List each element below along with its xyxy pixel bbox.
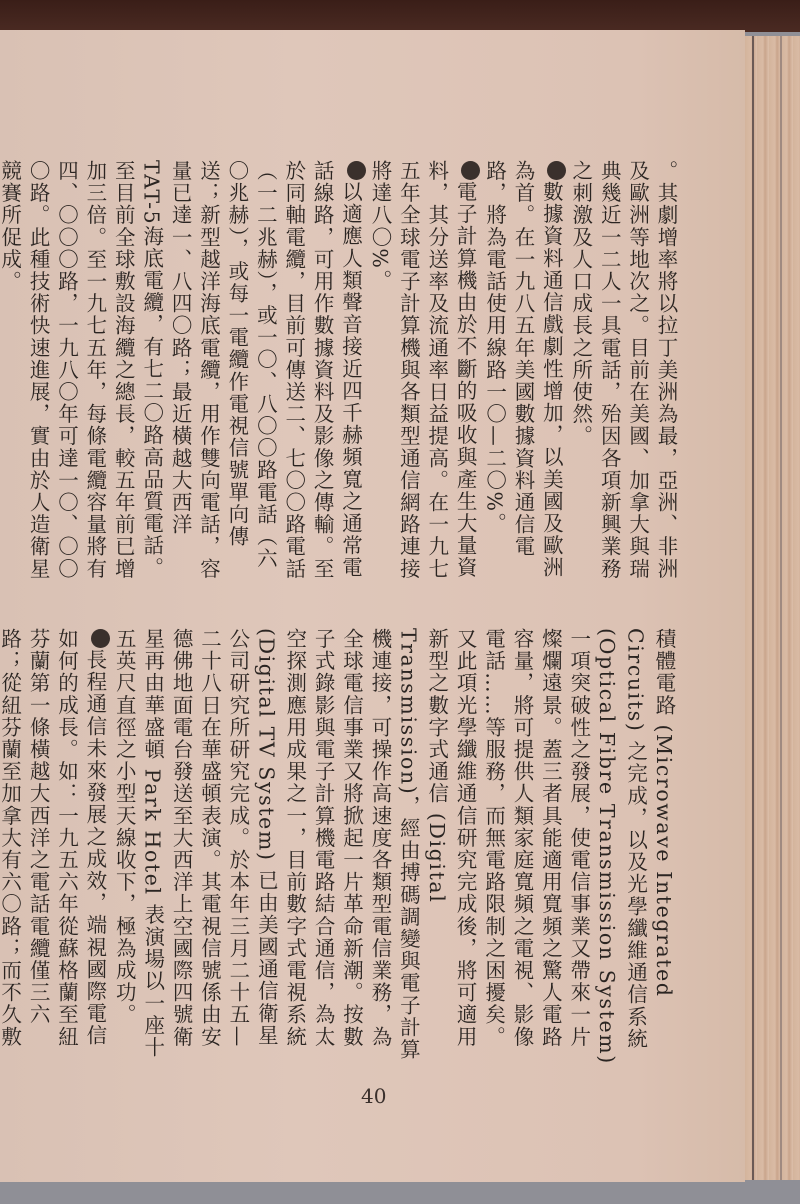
bullet-icon xyxy=(547,161,566,180)
paragraph: 數據資料通信戲劇性增加，以美國及歐洲為首。在一九八五年美國數據資料通信電路，將為… xyxy=(480,160,566,590)
page-edge-line xyxy=(780,36,782,1180)
paragraph: 。其劇增率將以拉丁美洲為最，亞洲、非洲及歐洲等地次之。目前在美國、加拿大與瑞典幾… xyxy=(566,160,680,590)
paragraph: 電子計算機由於不斷的吸收與產生大量資料，其分送率及流通率日益提高。在一九七五年全… xyxy=(366,160,481,590)
bullet-icon xyxy=(347,161,366,180)
page-edge-line xyxy=(752,36,754,1180)
paragraph: 長程通信未來發展之成效，端視國際電信如何的成長。如：一九五六年從蘇格蘭至紐芬蘭第… xyxy=(0,628,110,1068)
bottom-text-section: 積體電路 (Microwave Integrated Circuits) 之完成… xyxy=(78,628,678,1068)
top-text-section: 。其劇增率將以拉丁美洲為最，亞洲、非洲及歐洲等地次之。目前在美國、加拿大與瑞典幾… xyxy=(80,160,680,590)
paragraph: 以適應人類聲音接近四千赫頻寬之通常電話線路，可用作數據資料及影像之傳輸。至於同軸… xyxy=(0,160,366,590)
book-binding xyxy=(0,0,800,32)
bullet-icon xyxy=(461,161,480,180)
paragraph: 積體電路 (Microwave Integrated Circuits) 之完成… xyxy=(110,628,678,1068)
page-number: 40 xyxy=(361,1084,386,1108)
bullet-icon xyxy=(91,629,110,648)
